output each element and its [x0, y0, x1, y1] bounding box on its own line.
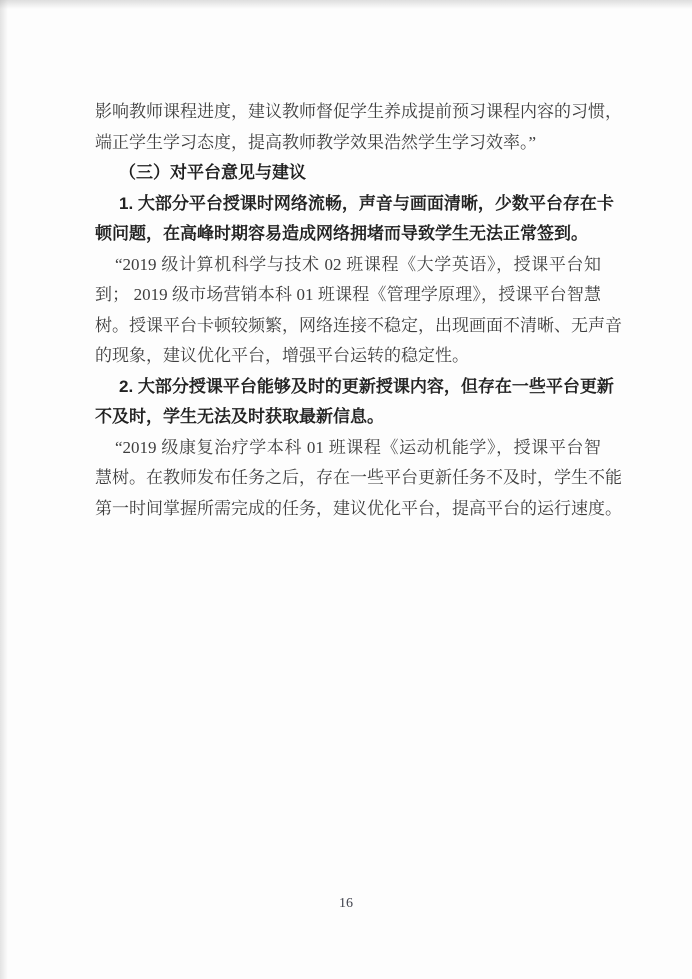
document-page: 影响教师课程进度，建议教师督促学生养成提前预习课程内容的习惯， 端正学生学习态度… [0, 0, 692, 979]
page-number: 16 [0, 896, 692, 912]
document-line: 影响教师课程进度，建议教师督促学生养成提前预习课程内容的习惯， [95, 97, 601, 128]
document-line: 不及时，学生无法及时获取最新信息。 [95, 402, 601, 433]
document-line: “2019 级计算机科学与技术 02 班课程《大学英语》，授课平台知 [95, 250, 601, 281]
document-line: 的现象，建议优化平台，增强平台运转的稳定性。 [95, 341, 601, 372]
document-line: 慧树。在教师发布任务之后，存在一些平台更新任务不及时，学生不能 [95, 463, 601, 494]
document-line: 顿问题，在高峰时期容易造成网络拥堵而导致学生无法正常签到。 [95, 219, 601, 250]
document-line: 第一时间掌握所需完成的任务，建议优化平台，提高平台的运行速度。 [95, 494, 601, 525]
document-line: “2019 级康复治疗学本科 01 班课程《运动机能学》，授课平台智 [95, 433, 601, 464]
document-line: 端正学生学习态度，提高教师教学效果浩然学生学习效率。” [95, 128, 601, 159]
document-line: 树。授课平台卡顿较频繁，网络连接不稳定，出现画面不清晰、无声音 [95, 311, 601, 342]
document-line: 1. 大部分平台授课时网络流畅，声音与画面清晰，少数平台存在卡 [95, 189, 601, 220]
document-body: 影响教师课程进度，建议教师督促学生养成提前预习课程内容的习惯， 端正学生学习态度… [95, 97, 601, 524]
document-line: 到； 2019 级市场营销本科 01 班课程《管理学原理》，授课平台智慧 [95, 280, 601, 311]
document-line: 2. 大部分授课平台能够及时的更新授课内容，但存在一些平台更新 [95, 372, 601, 403]
section-heading: （三）对平台意见与建议 [95, 158, 601, 189]
